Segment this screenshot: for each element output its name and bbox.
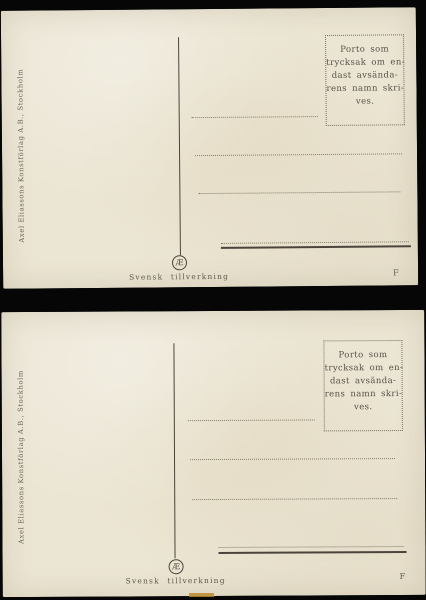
stamp-box: Porto som trycksak om en- dast avsända- … bbox=[323, 340, 402, 431]
address-line-dotted bbox=[218, 546, 403, 548]
postcard-top: Axel Eliassons Konstförlag A.B., Stockho… bbox=[1, 7, 418, 289]
stamp-box-text-line: ves. bbox=[325, 401, 402, 414]
address-line-dotted bbox=[221, 241, 409, 244]
made-in-sweden-label: Svensk tillverkning bbox=[96, 576, 256, 586]
publisher-logo-monogram: Æ bbox=[172, 255, 187, 270]
publisher-imprint-vertical: Axel Eliassons Konstförlag A.B., Stockho… bbox=[16, 66, 28, 246]
address-line-dotted bbox=[195, 153, 402, 156]
address-base-rule bbox=[221, 245, 411, 248]
address-base-rule bbox=[219, 551, 407, 554]
publisher-imprint-vertical: Axel Eliassons Konstförlag A.B., Stockho… bbox=[17, 367, 28, 547]
stamp-box: Porto som trycksak om en- dast avsända- … bbox=[325, 34, 405, 126]
stamp-box-text-line: rens namn skri- bbox=[326, 82, 403, 96]
postcard-bottom: Axel Eliassons Konstförlag A.B., Stockho… bbox=[1, 310, 425, 597]
address-line-dotted bbox=[192, 498, 397, 500]
divider-line bbox=[178, 37, 181, 255]
stamp-box-text-line: dast avsända- bbox=[325, 375, 402, 388]
printer-series-mark: F bbox=[400, 572, 406, 581]
address-line-dotted bbox=[188, 419, 315, 421]
scan-edge-artifact bbox=[189, 593, 214, 597]
address-line-dotted bbox=[192, 116, 318, 118]
divider-line bbox=[173, 343, 176, 558]
stamp-box-text-line: trycksak om en- bbox=[326, 56, 403, 70]
stamp-box-text-line: Porto som bbox=[326, 43, 403, 57]
made-in-sweden-label: Svensk tillverkning bbox=[99, 272, 259, 282]
address-line-dotted bbox=[198, 191, 400, 194]
publisher-logo-monogram: Æ bbox=[169, 559, 184, 574]
stamp-box-text-line: trycksak om en- bbox=[325, 362, 402, 375]
stamp-box-text-line: rens namn skri- bbox=[325, 388, 402, 401]
printer-series-mark: F bbox=[393, 268, 399, 277]
stamp-box-text-line: dast avsända- bbox=[326, 69, 403, 83]
address-line-dotted bbox=[190, 458, 395, 460]
stamp-box-text-line: Porto som bbox=[324, 349, 401, 362]
stamp-box-text-line: ves. bbox=[327, 95, 404, 109]
